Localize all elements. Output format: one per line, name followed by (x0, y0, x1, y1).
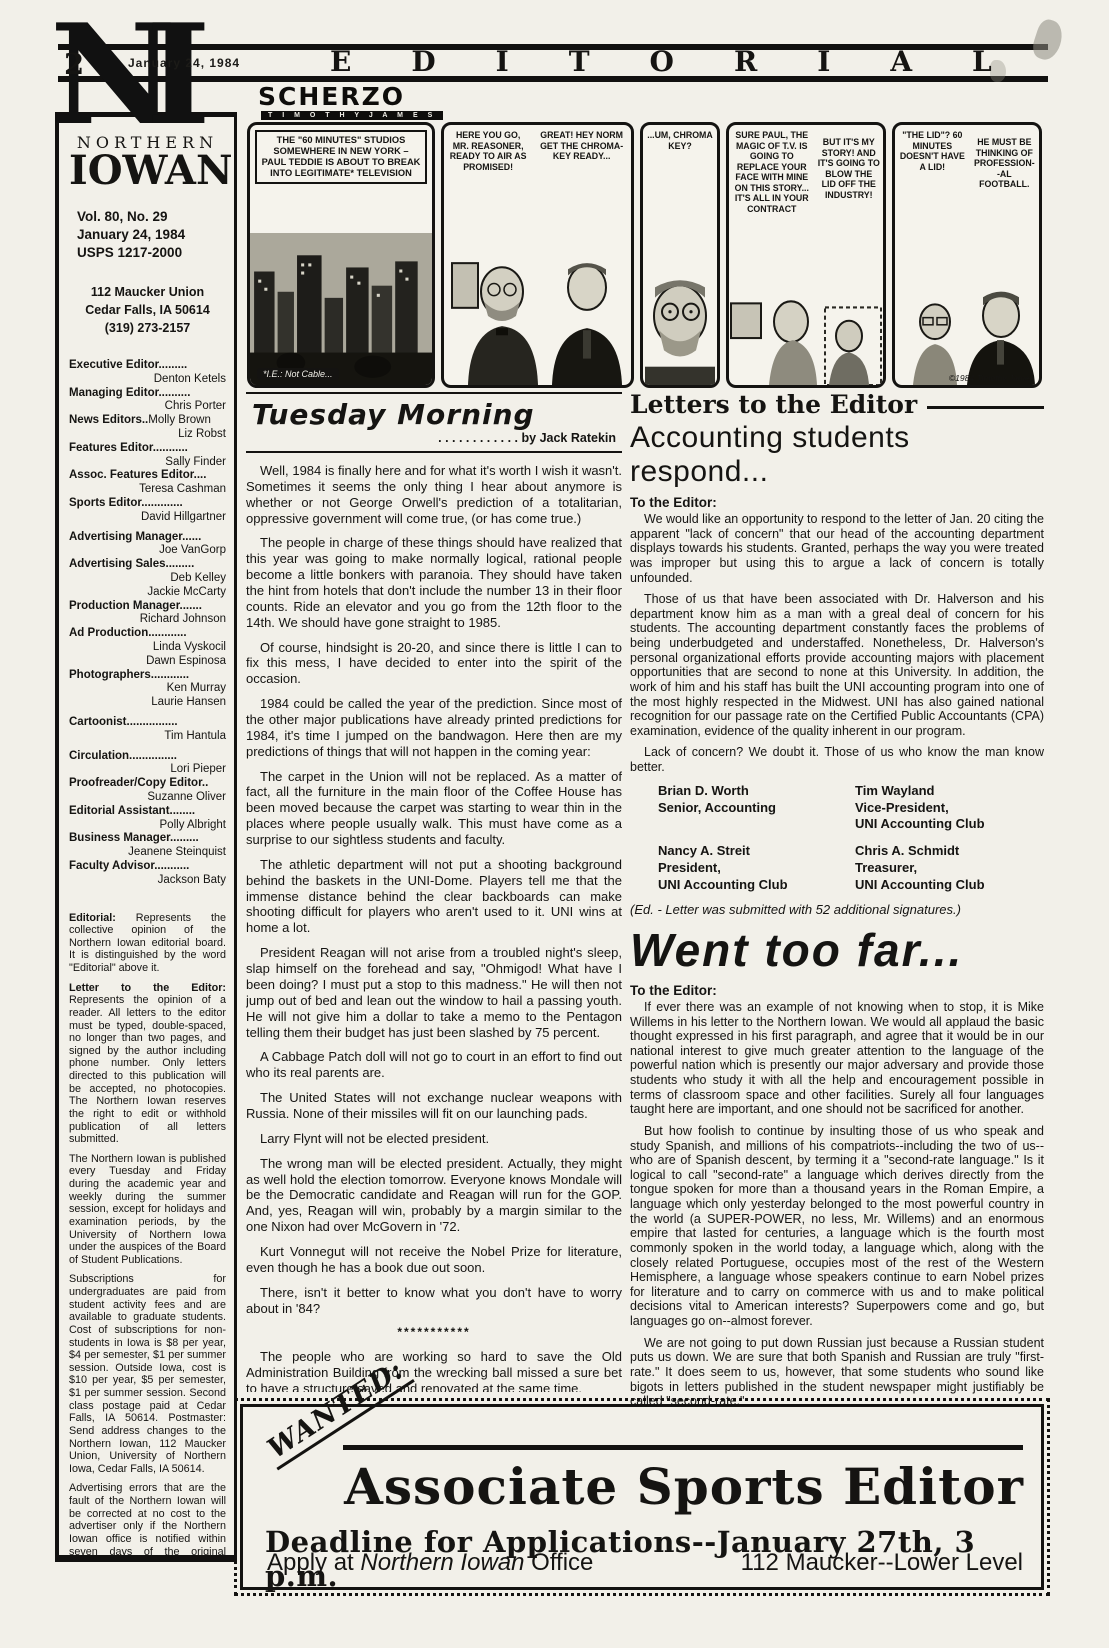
comic-title: SCHERZO (258, 82, 405, 111)
column-paragraph: The people in charge of these things sho… (246, 535, 622, 630)
speech-balloon: "THE LID"? 60 MINUTES DOESN'T HAVE A LID… (895, 125, 970, 172)
comic-panel3-character-art (643, 263, 717, 385)
column-rule (246, 392, 622, 394)
comic-footnote: *I.E.: Not Cable... (257, 368, 339, 380)
phone-line: (319) 273-2157 (69, 319, 226, 337)
ad-bottom-row: Apply at Northern Iowan Office 112 Mauck… (267, 1549, 1023, 1577)
section-title: EDITORIAL (330, 45, 1052, 78)
staff-entry: Proofreader/Copy Editor.. Suzanne Oliver (69, 777, 226, 805)
letter2-salutation: To the Editor: (630, 983, 1044, 998)
column-paragraph: The wrong man will be elected president.… (246, 1156, 622, 1235)
signature-name: Tim Wayland (855, 783, 1044, 800)
column-paragraph: There, isn't it better to know what you … (246, 1285, 622, 1317)
letters-heading-title: Letters to the Editor (630, 390, 917, 419)
policy-paragraph: Letter to the Editor: Represents the opi… (69, 982, 226, 1146)
comic-byline: T I M O T H Y J A M E S (261, 111, 443, 120)
signature-title: Senior, Accounting (658, 800, 847, 817)
speech-balloon: HERE YOU GO, MR. REASONER, READY TO AIR … (444, 125, 532, 172)
masthead-address-block: 112 Maucker Union Cedar Falls, IA 50614 … (69, 283, 226, 337)
comic-panel-1: THE "60 MINUTES" STUDIOS SOMEWHERE IN NE… (247, 122, 435, 388)
signature: Nancy A. Streit President, UNI Accountin… (658, 843, 847, 894)
column-paragraph: Larry Flynt will not be elected presiden… (246, 1131, 622, 1147)
signature-name: Chris A. Schmidt (855, 843, 1044, 860)
letter-paragraph: Those of us that have been associated wi… (630, 592, 1044, 738)
staff-entry: Circulation............... Lori Pieper (69, 750, 226, 778)
column-paragraph: Well, 1984 is finally here and for what … (246, 463, 622, 526)
staff-entry: Business Manager......... Jeanene Steinq… (69, 832, 226, 860)
signature-title: UNI Accounting Club (855, 816, 1044, 833)
letter-paragraph: Lack of concern? We doubt it. Those of u… (630, 745, 1044, 774)
editors-note: (Ed. - Letter was submitted with 52 addi… (630, 902, 1044, 917)
ad-location: 112 Maucker--Lower Level (741, 1549, 1023, 1577)
letters-section: Letters to the Editor Accounting student… (630, 390, 1044, 1404)
speech-balloon: GREAT! HEY NORM GET THE CHROMA-KEY READY… (532, 125, 631, 162)
associate-sports-editor-ad: WANTED: Associate Sports Editor Deadline… (240, 1404, 1044, 1590)
date-line: January 24, 1984 (77, 226, 226, 244)
column-title: Tuesday Morning (252, 398, 622, 431)
letters-heading-rule (927, 406, 1044, 409)
staff-entry: Assoc. Features Editor.... Teresa Cashma… (69, 469, 226, 497)
speech-balloon: HE MUST BE THINKING OF PROFESSION- -AL F… (970, 125, 1039, 190)
masthead-name-iowan: IOWAN (69, 152, 226, 190)
staff-entry: Advertising Manager...... Joe VanGorp (69, 531, 226, 559)
staff-entry: Executive Editor......... Denton Ketels (69, 359, 226, 387)
volume-line: Vol. 80, No. 29 (77, 208, 226, 226)
policy-paragraph: Advertising errors that are the fault of… (69, 1482, 226, 1562)
address-line-1: 112 Maucker Union (69, 283, 226, 301)
letter1-signature-block: Brian D. Worth Senior, Accounting Tim Wa… (658, 783, 1044, 894)
signature-name: Nancy A. Streit (658, 843, 847, 860)
newspaper-editorial-page: NI 2 January 24, 1984 EDITORIAL NORTHERN… (0, 0, 1109, 1648)
comic-strip: THE "60 MINUTES" STUDIOS SOMEWHERE IN NE… (247, 122, 1042, 388)
letter1-headline: Accounting students respond... (630, 421, 1044, 489)
staff-entry: Ad Production............ Linda Vyskocil… (69, 627, 226, 668)
signature-title: Treasurer, (855, 860, 1044, 877)
policy-paragraph: The Northern Iowan is published every Tu… (69, 1153, 226, 1267)
comic-panel-2: HERE YOU GO, MR. REASONER, READY TO AIR … (441, 122, 634, 388)
ad-rule (343, 1445, 1023, 1450)
page-number: 2 (64, 47, 84, 81)
comic-panel-5: "THE LID"? 60 MINUTES DOESN'T HAVE A LID… (892, 122, 1042, 388)
letter2-headline: Went too far... (630, 923, 1044, 977)
comic-panel-3: ...UM, CHROMA KEY? (640, 122, 720, 388)
comic-panel-4: SURE PAUL, THE MAGIC OF T.V. IS GOING TO… (726, 122, 886, 388)
column-paragraph: President Reagan will not arise from a t… (246, 945, 622, 1040)
comic-panel5-characters-art (895, 285, 1039, 385)
staff-entry: Editorial Assistant........ Polly Albrig… (69, 805, 226, 833)
staff-entry: News Editors..Molly Brown Liz Robst (69, 414, 226, 442)
letter1-salutation: To the Editor: (630, 495, 1044, 510)
ad-headline: Associate Sports Editor (335, 1457, 1033, 1516)
address-line-2: Cedar Falls, IA 50614 (69, 301, 226, 319)
staff-entry: Sports Editor............. David Hillgar… (69, 497, 226, 525)
comic-caption: THE "60 MINUTES" STUDIOS SOMEWHERE IN NE… (255, 130, 427, 184)
letter-paragraph: We are not going to put down Russian jus… (630, 1336, 1044, 1404)
staff-entry: Cartoonist................ Tim Hantula (69, 716, 226, 744)
signature: Tim Wayland Vice-President, UNI Accounti… (855, 783, 1044, 834)
staff-entry: Production Manager....... Richard Johnso… (69, 600, 226, 628)
staff-list: Executive Editor......... Denton Ketels … (69, 359, 226, 887)
comic-panel4-characters-art (729, 285, 883, 385)
tuesday-morning-column: Tuesday Morning . . . . . . . . . . . . … (246, 392, 622, 1392)
column-paragraph: The carpet in the Union will not be repl… (246, 769, 622, 848)
ad-apply-line: Apply at Northern Iowan Office (267, 1549, 593, 1577)
policy-paragraph: Subscriptions for undergraduates are pai… (69, 1273, 226, 1475)
column-paragraph: 1984 could be called the year of the pre… (246, 696, 622, 759)
staff-entry: Features Editor........... Sally Finder (69, 442, 226, 470)
column-byline: . . . . . . . . . . . . by Jack Ratekin (246, 431, 616, 445)
column-paragraph: The United States will not exchange nucl… (246, 1090, 622, 1122)
masthead-sidebar: NORTHERN IOWAN Vol. 80, No. 29 January 2… (55, 112, 237, 1562)
letter-paragraph: We would like an opportunity to respond … (630, 512, 1044, 585)
signature-name: Brian D. Worth (658, 783, 847, 800)
staff-entry: Advertising Sales......... Deb Kelley Ja… (69, 558, 226, 599)
letter-paragraph: But how foolish to continue by insulting… (630, 1124, 1044, 1329)
column-paragraph: The athletic department will not put a s… (246, 857, 622, 936)
signature-title: Vice-President, (855, 800, 1044, 817)
signature: Chris A. Schmidt Treasurer, UNI Accounti… (855, 843, 1044, 894)
usps-line: USPS 1217-2000 (77, 244, 226, 262)
speech-balloon: SURE PAUL, THE MAGIC OF T.V. IS GOING TO… (729, 125, 815, 214)
letters-heading: Letters to the Editor (630, 390, 1044, 419)
staff-entry: Faculty Advisor........... Jackson Baty (69, 860, 226, 888)
letter-paragraph: If ever there was an example of not know… (630, 1000, 1044, 1117)
signature-title: President, (658, 860, 847, 877)
column-paragraph: Kurt Vonnegut will not receive the Nobel… (246, 1244, 622, 1276)
column-paragraph: A Cabbage Patch doll will not go to cour… (246, 1049, 622, 1081)
comic-panel1-skyline-art (250, 233, 432, 385)
column-rule (246, 451, 622, 453)
signature: Brian D. Worth Senior, Accounting (658, 783, 847, 834)
column-paragraph: The people who are working so hard to sa… (246, 1349, 622, 1392)
masthead-volume-block: Vol. 80, No. 29 January 24, 1984 USPS 12… (77, 208, 226, 263)
asterisk-separator: *********** (246, 1325, 622, 1339)
comic-panel2-characters-art (444, 253, 631, 385)
policy-paragraph: Editorial: Represents the collective opi… (69, 912, 226, 975)
staff-entry: Photographers............ Ken Murray Lau… (69, 669, 226, 710)
speech-balloon: ...UM, CHROMA KEY? (643, 125, 717, 151)
speech-balloon: BUT IT'S MY STORY! AND IT'S GOING TO BLO… (815, 125, 883, 200)
column-paragraph: Of course, hindsight is 20-20, and since… (246, 640, 622, 688)
issue-date: January 24, 1984 (128, 56, 240, 70)
signature-title: UNI Accounting Club (855, 877, 1044, 894)
staff-entry: Managing Editor.......... Chris Porter (69, 387, 226, 415)
artist-signature: ©1984 Timothy James (949, 373, 1034, 383)
signature-title: UNI Accounting Club (658, 877, 847, 894)
